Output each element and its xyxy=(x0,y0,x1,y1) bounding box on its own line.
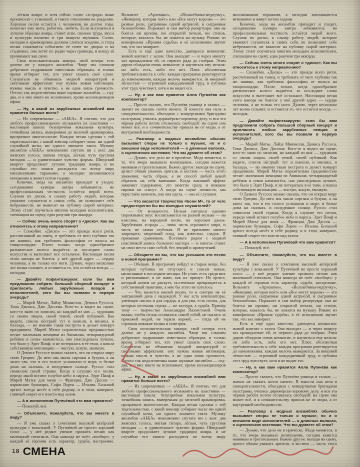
interview-question: — Ну, а как вам нравится Алла Пугачёва к… xyxy=(233,365,337,374)
interview-answer: — Мирей Матье, Лайзу Миннелли, Демиса Ру… xyxy=(10,301,114,351)
interview-question: — А в исполнении Пугачёвой что вам нрави… xyxy=(233,240,337,244)
interview-answer: — Просто сказать, что Пугачёва умница и … xyxy=(233,375,337,407)
interview-question: — Что касается творчества «Бони М», то о… xyxy=(121,199,225,208)
interview-answer: — От всеядности. Нельзя питаться одними … xyxy=(121,209,225,250)
interview-answer: — Пожалуй, всё. xyxy=(10,404,114,409)
interview-answer: Конечно, мода на ансамбли приходит и ухо… xyxy=(233,22,337,59)
interview-question: — Давайте пофантазируем: если бы вам пре… xyxy=(10,277,114,299)
interview-answer: — Просто сказать, что Пугачёва умница и … xyxy=(121,103,225,135)
interview-answer: — Из современных — «АББА». Я считаю, что… xyxy=(10,117,114,181)
interview-question: — Разговор о модных ансамблях обычно выз… xyxy=(233,409,337,427)
interview-answer: — Пожалуй, всё. xyxy=(233,246,337,251)
article-text-area: лёгком жанре, и хотя сейчас слово «эстра… xyxy=(10,13,337,447)
interview-answer: Своя исполнительская манера, свой почерк… xyxy=(121,327,225,373)
interview-answer: О Демисе Руссосе можно сказать, что он о… xyxy=(233,193,337,239)
page-footer: 18 СМЕНА xyxy=(12,445,66,459)
interview-question: — Сейчас очень много спорят о «диско». К… xyxy=(233,61,337,70)
interview-question: — Ну, а как вам нравится Алла Пугачёва к… xyxy=(121,93,225,102)
interview-question: — А в исполнении Пугачёвой что вам нрави… xyxy=(10,399,114,403)
interview-question: — Обещаете ли вы, что мы услышим эти пес… xyxy=(121,252,225,261)
interview-answer: — Я уже сказал о сочетании высокой актёр… xyxy=(233,263,337,323)
red-underline-mark xyxy=(183,447,333,458)
interview-question: — Сейчас очень много спорят о «диско». К… xyxy=(10,219,114,228)
interview-answer: — Мирей Матье, Лайзу Миннелли, Демиса Ру… xyxy=(233,142,337,192)
text-columns: лёгком жанре, и хотя сейчас слово «эстра… xyxy=(10,13,337,447)
interview-question: — Ну, а какой из зарубежных ансамблей ва… xyxy=(10,106,114,115)
interview-answer: — Спокойно. «Диско» — это прежде всего р… xyxy=(10,229,114,275)
scanned-magazine-page: лёгком жанре, и хотя сейчас слово «эстра… xyxy=(0,0,360,467)
interview-question: — Разговор о модных ансамблях обычно выз… xyxy=(121,137,225,155)
magazine-logo: СМЕНА xyxy=(23,446,66,457)
interview-answer: О Демисе Руссосе можно сказать, что он о… xyxy=(10,351,114,397)
interview-answer: — Что касается нашей песни, то я смотрю … xyxy=(121,290,225,327)
interview-answer: — Обещаю. В программу войдут и старые ве… xyxy=(121,263,225,290)
interview-answer: Конечно, мода на ансамбли приходит и ухо… xyxy=(10,181,114,218)
interview-answer: Своя исполнительская манера, свой почерк… xyxy=(10,59,114,105)
interview-answer: лёгком жанре, и хотя сейчас слово «эстра… xyxy=(10,13,114,59)
interview-question: — Объясните, пожалуйста, что вы имеете в… xyxy=(233,252,337,261)
interview-answer: — Думаю, что дело не в причёске. Мода ме… xyxy=(121,156,225,197)
interview-question: — Объясните, пожалуйста, что вы имеете в… xyxy=(10,411,114,420)
page-number: 18 xyxy=(12,449,20,455)
interview-question: — Ну, а какой из зарубежных ансамблей ва… xyxy=(121,374,225,383)
interview-answer: Есть и ещё одно качество, дающееся немно… xyxy=(233,322,337,363)
interview-question: — Давайте пофантазируем: если бы вам пре… xyxy=(233,118,337,140)
interview-answer: Есть и ещё одно качество, дающееся немно… xyxy=(121,50,225,91)
interview-answer: — Спокойно. «Диско» — это прежде всего р… xyxy=(233,71,337,117)
